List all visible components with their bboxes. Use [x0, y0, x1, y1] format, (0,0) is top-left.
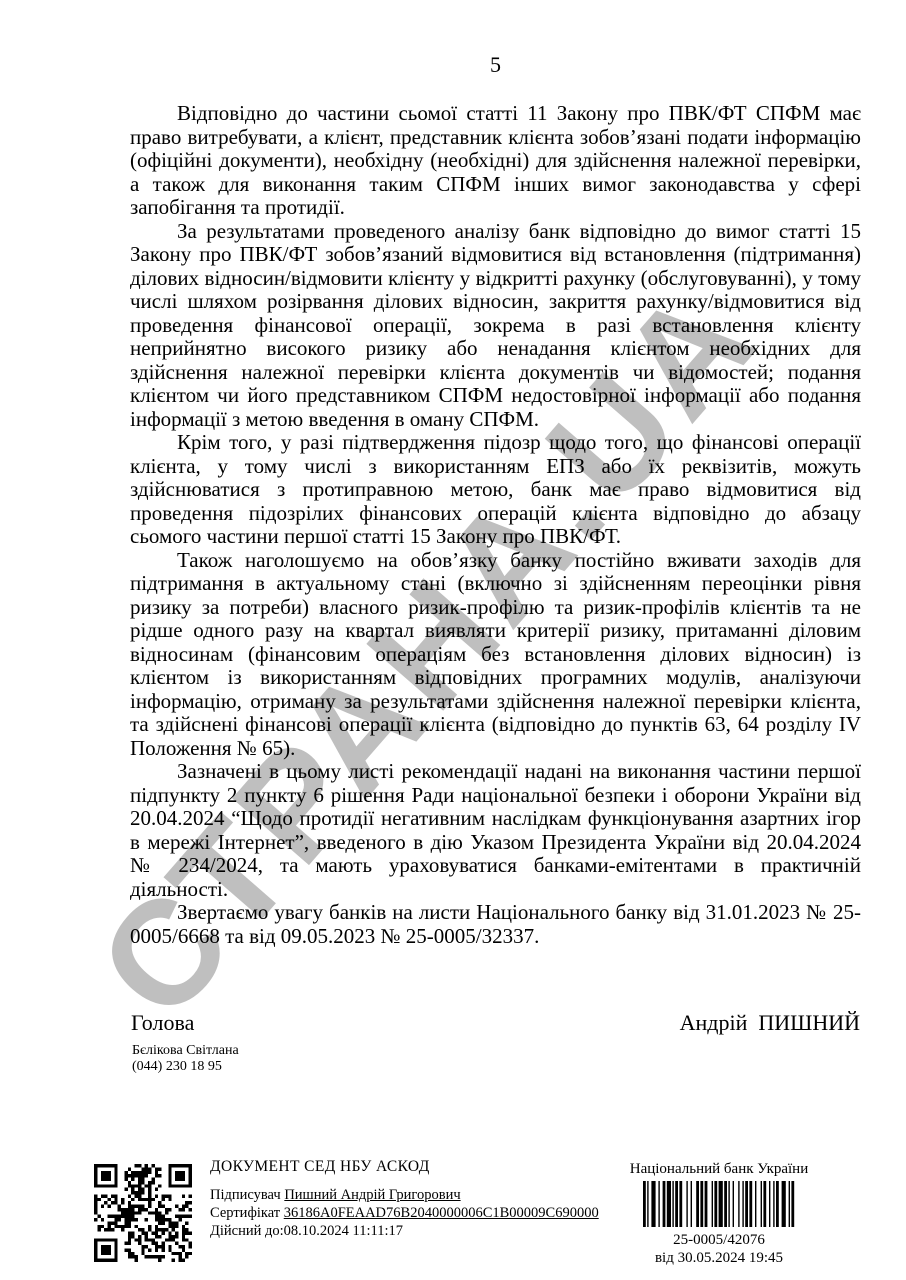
qr-code	[94, 1164, 192, 1262]
paragraph-4: Також наголошуємо на обов’язку банку пос…	[130, 549, 861, 761]
page-number: 5	[130, 52, 861, 78]
sed-system-title: ДОКУМЕНТ СЕД НБУ АСКОД	[210, 1158, 599, 1176]
registration-block: Національний банк України 25-0005/42076 …	[620, 1160, 818, 1267]
letter-body: Відповідно до частини сьомої статті 11 З…	[130, 102, 861, 948]
document-page: СТРАНА.UA 5 Відповідно до частини сьомої…	[0, 0, 906, 1280]
paragraph-5: Зазначені в цьому листі рекомендації над…	[130, 760, 861, 901]
certificate-number: 36186A0FEAAD76B2040000006C1B00009C690000	[284, 1205, 599, 1221]
certificate-line: Сертифікат 36186A0FEAAD76B2040000006C1B0…	[210, 1204, 599, 1222]
paragraph-1: Відповідно до частини сьомої статті 11 З…	[130, 102, 861, 220]
barcode	[643, 1181, 795, 1227]
signer-label: Підписувач	[210, 1187, 281, 1203]
signer-name: Андрій ПИШНИЙ	[680, 1010, 860, 1036]
contact-info: Бєлікова Світлана (044) 230 18 95	[132, 1043, 239, 1075]
contact-name: Бєлікова Світлана	[132, 1043, 239, 1059]
signer-title: Голова	[131, 1010, 194, 1036]
signer-line: Підписувач Пишний Андрій Григорович	[210, 1186, 599, 1204]
contact-phone: (044) 230 18 95	[132, 1059, 239, 1075]
doc-date: від 30.05.2024 19:45	[620, 1249, 818, 1267]
signature-row: Голова Андрій ПИШНИЙ	[131, 1010, 860, 1036]
digital-signature-stamp: ДОКУМЕНТ СЕД НБУ АСКОД Підписувач Пишний…	[210, 1158, 599, 1240]
certificate-label: Сертифікат	[210, 1205, 280, 1221]
doc-number: 25-0005/42076	[620, 1231, 818, 1249]
org-name: Національний банк України	[620, 1160, 818, 1178]
signer-fullname: Пишний Андрій Григорович	[284, 1187, 460, 1203]
paragraph-6: Звертаємо увагу банків на листи Націонал…	[130, 901, 861, 948]
validity-line: Дійсний до:08.10.2024 11:11:17	[210, 1222, 599, 1240]
paragraph-2: За результатами проведеного аналізу банк…	[130, 220, 861, 432]
paragraph-3: Крім того, у разі підтвердження підозр щ…	[130, 431, 861, 549]
